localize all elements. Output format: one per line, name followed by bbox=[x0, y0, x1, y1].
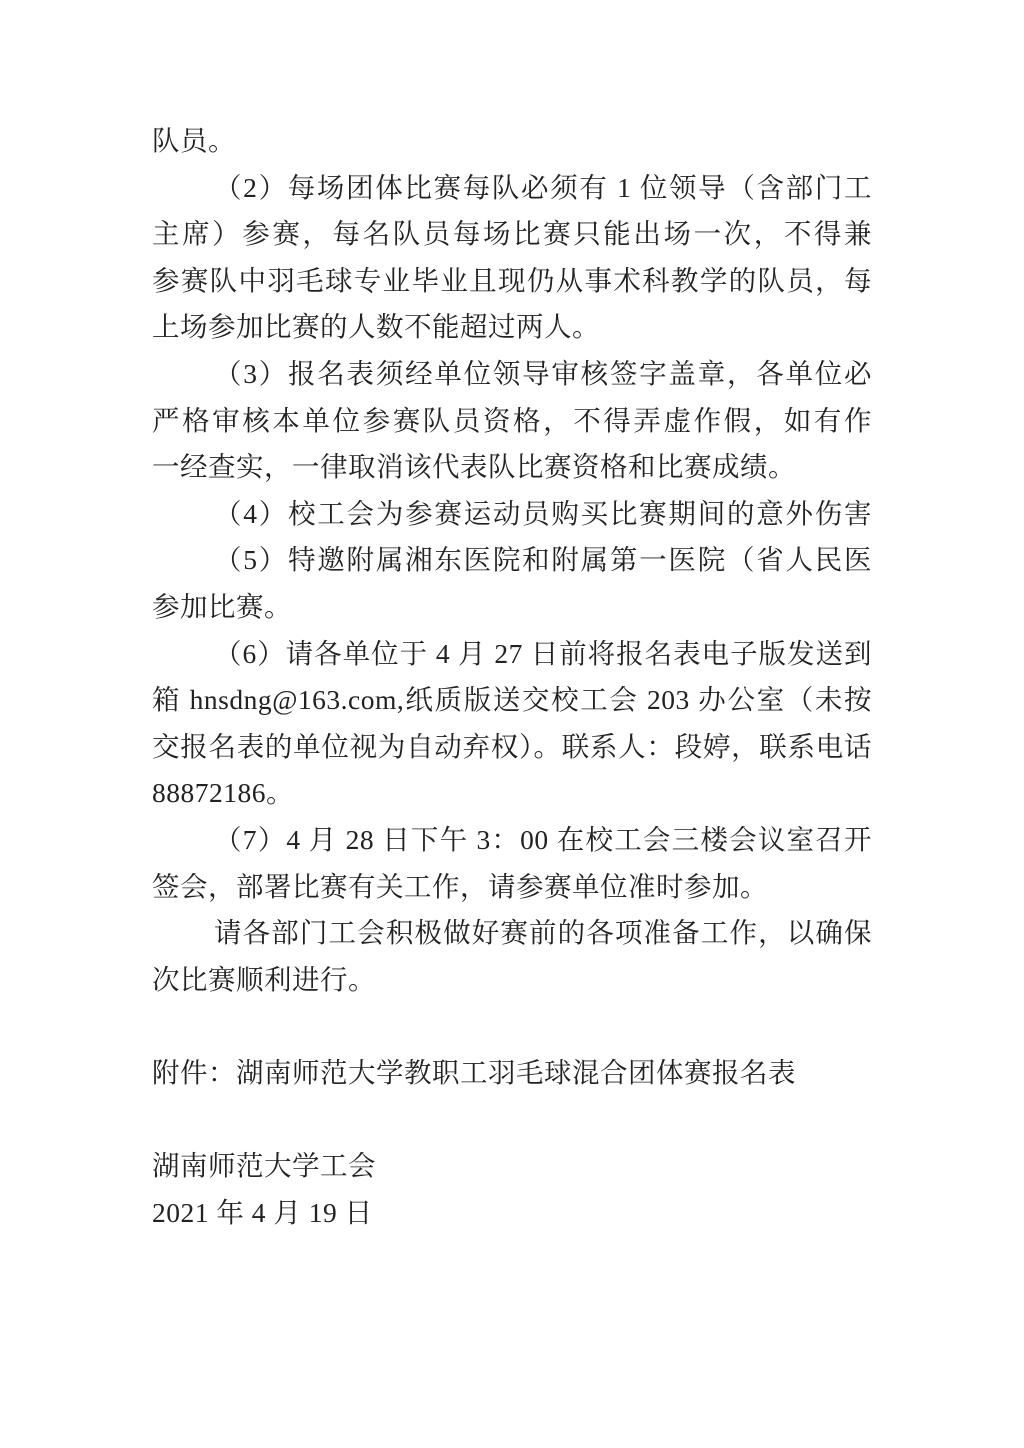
document-line: （7）4 月 28 日下午 3：00 在校工会三楼会议室召开抽 bbox=[152, 817, 872, 864]
document-line: 参加比赛。 bbox=[152, 584, 872, 631]
document-line: 次比赛顺利进行。 bbox=[152, 957, 872, 1004]
document-line: （3）报名表须经单位领导审核签字盖章，各单位必须 bbox=[152, 351, 872, 398]
document-line: （4）校工会为参赛运动员购买比赛期间的意外伤害险。 bbox=[152, 491, 872, 538]
document-line: 交报名表的单位视为自动弃权）。联系人：段婷，联系电话 bbox=[152, 724, 872, 771]
document-line: 一经查实，一律取消该代表队比赛资格和比赛成绩。 bbox=[152, 444, 872, 491]
document-line: （2）每场团体比赛每队必须有 1 位领导（含部门工会 bbox=[152, 165, 872, 212]
document-line: （6）请各单位于 4 月 27 日前将报名表电子版发送到邮 bbox=[152, 631, 872, 678]
signature-org: 湖南师范大学工会 bbox=[152, 1143, 850, 1190]
document-line: 严格审核本单位参赛队员资格，不得弄虚作假，如有作假， bbox=[152, 398, 872, 445]
attachment-line: 附件：湖南师范大学教职工羽毛球混合团体赛报名表 bbox=[152, 1050, 872, 1097]
signature-date: 2021 年 4 月 19 日 bbox=[152, 1190, 850, 1237]
blank-line bbox=[152, 1096, 872, 1143]
document-line: 主席）参赛，每名队员每场比赛只能出场一次，不得兼项。 bbox=[152, 211, 872, 258]
document-line: 请各部门工会积极做好赛前的各项准备工作，以确保本 bbox=[152, 910, 872, 957]
document-line: 88872186。 bbox=[152, 770, 872, 817]
document-page: 队员。 （2）每场团体比赛每队必须有 1 位领导（含部门工会 主席）参赛，每名队… bbox=[0, 0, 1024, 1448]
document-line: 参赛队中羽毛球专业毕业且现仍从事术科教学的队员，每场 bbox=[152, 258, 872, 305]
document-body: 队员。 （2）每场团体比赛每队必须有 1 位领导（含部门工会 主席）参赛，每名队… bbox=[152, 118, 872, 1236]
document-line: 签会，部署比赛有关工作，请参赛单位准时参加。 bbox=[152, 864, 872, 911]
document-line: 箱 hnsdng@163.com,纸质版送交校工会 203 办公室（未按时 bbox=[152, 677, 872, 724]
blank-line bbox=[152, 1003, 872, 1050]
document-line: （5）特邀附属湘东医院和附属第一医院（省人民医院） bbox=[152, 537, 872, 584]
document-line: 队员。 bbox=[152, 118, 872, 165]
document-line: 上场参加比赛的人数不能超过两人。 bbox=[152, 304, 872, 351]
